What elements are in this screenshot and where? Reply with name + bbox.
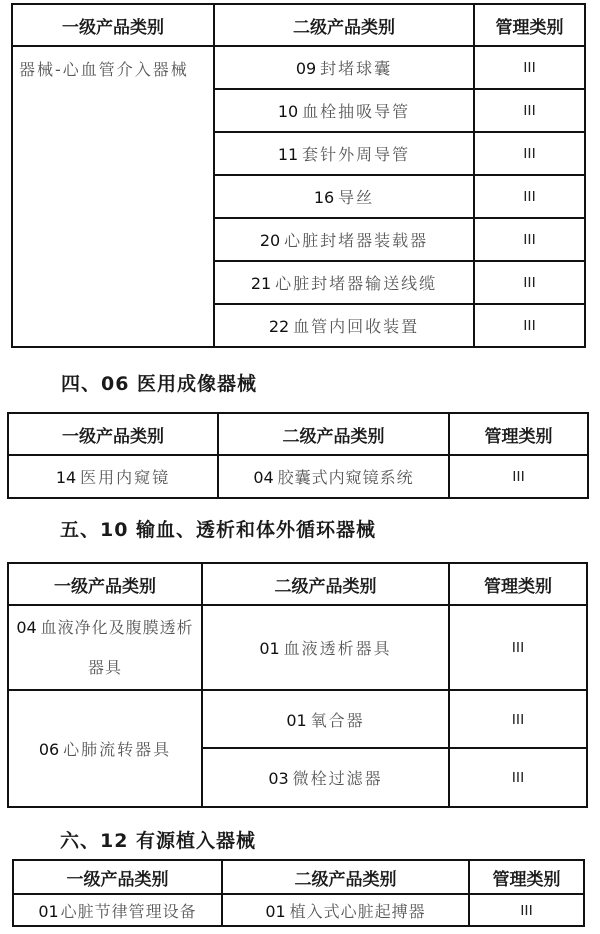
header-mgmt-class: 管理类别 xyxy=(469,860,584,894)
table-row: 04血液净化及腹膜透析器具 01血液透析器具 III xyxy=(8,605,587,690)
section-heading-imaging: 四、06 医用成像器械 xyxy=(61,369,257,396)
table-blood-dialysis-devices: 一级产品类别 二级产品类别 管理类别 04血液净化及腹膜透析器具 01血液透析器… xyxy=(7,562,588,808)
level2-category: 21心脏封堵器输送线缆 xyxy=(214,261,474,304)
header-mgmt-class: 管理类别 xyxy=(449,413,588,455)
table-imaging-devices: 一级产品类别 二级产品类别 管理类别 14医用内窥镜 04胶囊式内窥镜系统 II… xyxy=(7,412,589,499)
header-level1: 一级产品类别 xyxy=(8,413,218,455)
header-level2: 二级产品类别 xyxy=(214,4,474,46)
header-level1: 一级产品类别 xyxy=(8,563,202,605)
header-level1: 一级产品类别 xyxy=(13,860,222,894)
mgmt-class: III xyxy=(474,218,585,261)
level2-category: 09封堵球囊 xyxy=(214,46,474,89)
section-heading-blood-dialysis: 五、10 输血、透析和体外循环器械 xyxy=(60,515,376,542)
table-header-row: 一级产品类别 二级产品类别 管理类别 xyxy=(8,413,588,455)
mgmt-class: III xyxy=(474,89,585,132)
level1-category: 器械-心血管介入器械 xyxy=(12,46,214,347)
header-level1: 一级产品类别 xyxy=(12,4,214,46)
mgmt-class: III xyxy=(449,605,587,690)
mgmt-class: III xyxy=(474,46,585,89)
mgmt-class: III xyxy=(474,175,585,218)
header-level2: 二级产品类别 xyxy=(202,563,449,605)
level2-category: 01植入式心脏起搏器 xyxy=(222,894,469,926)
table-row: 14医用内窥镜 04胶囊式内窥镜系统 III xyxy=(8,455,588,498)
mgmt-class: III xyxy=(474,261,585,304)
level2-category: 10血栓抽吸导管 xyxy=(214,89,474,132)
mgmt-class: III xyxy=(474,132,585,175)
mgmt-class: III xyxy=(449,455,588,498)
level1-category: 04血液净化及腹膜透析器具 xyxy=(8,605,202,690)
table-cardiovascular-devices: 一级产品类别 二级产品类别 管理类别 器械-心血管介入器械 09封堵球囊 III… xyxy=(11,3,586,348)
header-mgmt-class: 管理类别 xyxy=(474,4,585,46)
header-level2: 二级产品类别 xyxy=(218,413,449,455)
table-row: 01心脏节律管理设备 01植入式心脏起搏器 III xyxy=(13,894,584,926)
level2-category: 11套针外周导管 xyxy=(214,132,474,175)
level1-category: 14医用内窥镜 xyxy=(8,455,218,498)
level2-category: 01氧合器 xyxy=(202,690,449,748)
level2-category: 01血液透析器具 xyxy=(202,605,449,690)
table-row: 06心肺流转器具 01氧合器 III xyxy=(8,690,587,748)
level1-category: 01心脏节律管理设备 xyxy=(13,894,222,926)
level2-category: 03微栓过滤器 xyxy=(202,748,449,807)
level2-category: 16导丝 xyxy=(214,175,474,218)
table-header-row: 一级产品类别 二级产品类别 管理类别 xyxy=(12,4,585,46)
mgmt-class: III xyxy=(449,748,587,807)
header-level2: 二级产品类别 xyxy=(222,860,469,894)
header-mgmt-class: 管理类别 xyxy=(449,563,587,605)
mgmt-class: III xyxy=(469,894,584,926)
level1-category: 06心肺流转器具 xyxy=(8,690,202,807)
section-heading-active-implant: 六、12 有源植入器械 xyxy=(60,826,256,853)
table-header-row: 一级产品类别 二级产品类别 管理类别 xyxy=(13,860,584,894)
level2-category: 20心脏封堵器装载器 xyxy=(214,218,474,261)
level2-category: 22血管内回收装置 xyxy=(214,304,474,347)
mgmt-class: III xyxy=(474,304,585,347)
table-row: 器械-心血管介入器械 09封堵球囊 III xyxy=(12,46,585,89)
table-header-row: 一级产品类别 二级产品类别 管理类别 xyxy=(8,563,587,605)
level2-category: 04胶囊式内窥镜系统 xyxy=(218,455,449,498)
table-active-implant-devices: 一级产品类别 二级产品类别 管理类别 01心脏节律管理设备 01植入式心脏起搏器… xyxy=(12,859,585,927)
mgmt-class: III xyxy=(449,690,587,748)
